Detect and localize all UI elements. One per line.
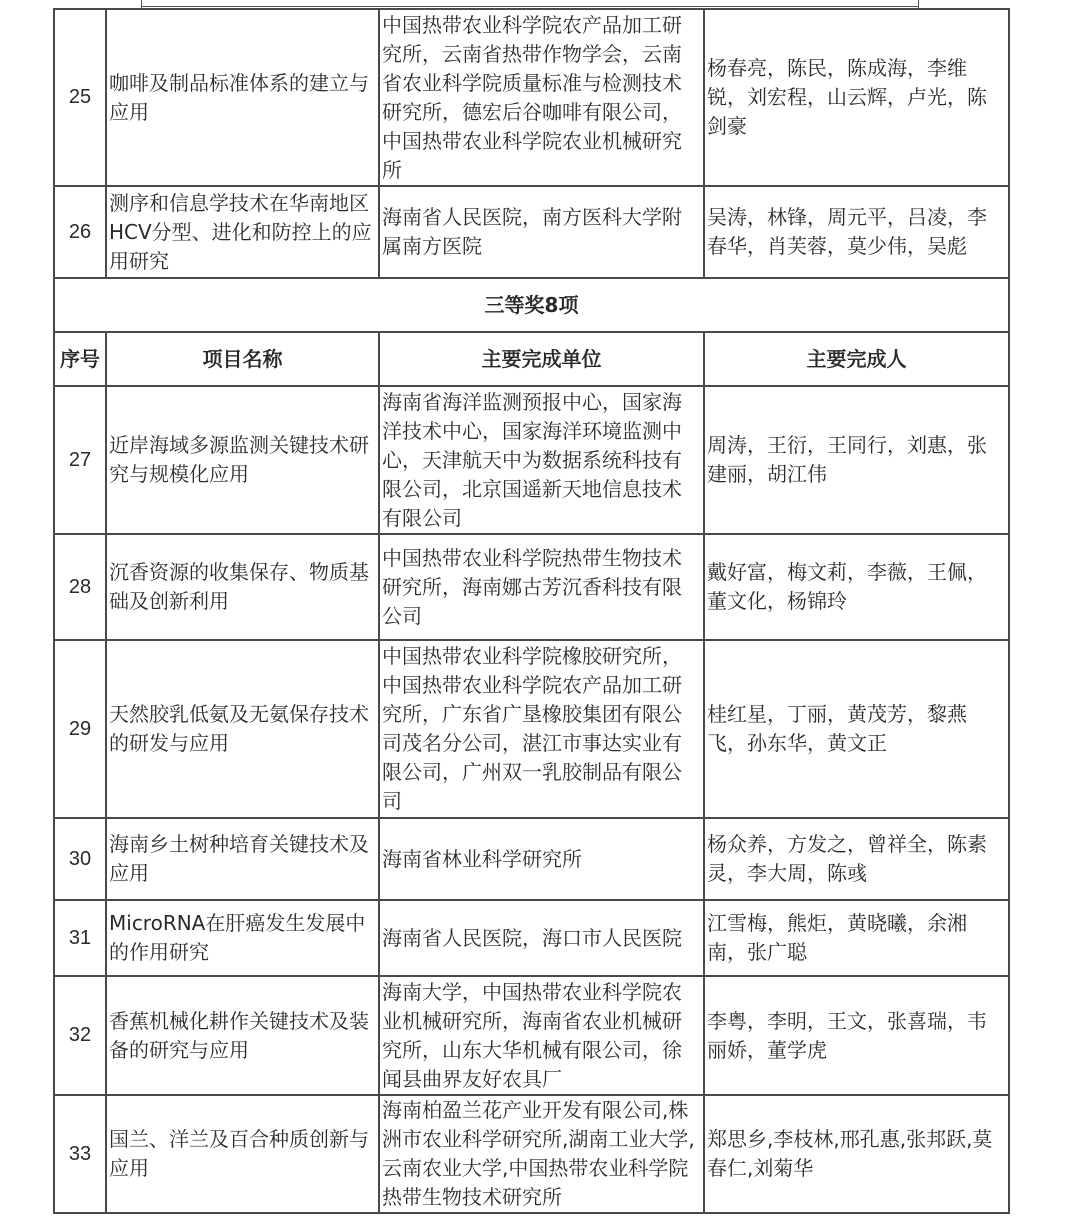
table-row: 29 天然胶乳低氨及无氨保存技术的研发与应用 中国热带农业科学院橡胶研究所，中国… <box>54 640 1009 818</box>
table-row: 32 香蕉机械化耕作关键技术及装备的研究与应用 海南大学，中国热带农业科学院农业… <box>54 976 1009 1095</box>
completing-units: 海南省人民医院，海口市人民医院 <box>379 900 704 976</box>
completing-people: 江雪梅，熊炬，黄晓曦，余湘南，张广聪 <box>704 900 1009 976</box>
project-name: 咖啡及制品标准体系的建立与应用 <box>106 9 379 186</box>
completing-units: 海南大学，中国热带农业科学院农业机械研究所，海南省农业机械研究所，山东大华机械有… <box>379 976 704 1095</box>
table-row: 27 近岸海域多源监测关键技术研究与规模化应用 海南省海洋监测预报中心，国家海洋… <box>54 386 1009 534</box>
project-name: 香蕉机械化耕作关键技术及装备的研究与应用 <box>106 976 379 1095</box>
completing-people: 周涛，王衍，王同行，刘惠，张建丽，胡江伟 <box>704 386 1009 534</box>
header-row: 序号 项目名称 主要完成单位 主要完成人 <box>54 332 1009 386</box>
previous-page-edge <box>0 0 1080 8</box>
completing-people: 戴好富，梅文莉，李薇，王佩，董文化，杨锦玲 <box>704 534 1009 640</box>
row-number: 27 <box>54 386 106 534</box>
completing-people: 桂红星，丁丽，黄茂芳，黎燕飞，孙东华，黄文正 <box>704 640 1009 818</box>
completing-people: 吴涛，林锋，周元平，吕凌，李春华，肖芙蓉，莫少伟，吴彪 <box>704 186 1009 278</box>
completing-units: 中国热带农业科学院农产品加工研究所，云南省热带作物学会，云南省农业科学院质量标准… <box>379 9 704 186</box>
row-number: 30 <box>54 818 106 900</box>
table-row: 25 咖啡及制品标准体系的建立与应用 中国热带农业科学院农产品加工研究所，云南省… <box>54 9 1009 186</box>
completing-units: 海南柏盈兰花产业开发有限公司,株洲市农业科学研究所,湖南工业大学,云南农业大学,… <box>379 1095 704 1213</box>
row-number: 26 <box>54 186 106 278</box>
table-row: 30 海南乡土树种培育关键技术及应用 海南省林业科学研究所 杨众养，方发之，曾祥… <box>54 818 1009 900</box>
table-row: 33 国兰、洋兰及百合种质创新与应用 海南柏盈兰花产业开发有限公司,株洲市农业科… <box>54 1095 1009 1213</box>
completing-people: 杨众养，方发之，曾祥全，陈素灵，李大周，陈彧 <box>704 818 1009 900</box>
table-row: 26 测序和信息学技术在华南地区HCV分型、进化和防控上的应用研究 海南省人民医… <box>54 186 1009 278</box>
row-number: 28 <box>54 534 106 640</box>
divider <box>141 6 919 7</box>
project-name: MicroRNA在肝癌发生发展中的作用研究 <box>106 900 379 976</box>
project-name: 近岸海域多源监测关键技术研究与规模化应用 <box>106 386 379 534</box>
completing-people: 李粤，李明，王文，张喜瑞，韦丽娇，董学虎 <box>704 976 1009 1095</box>
section-title: 三等奖8项 <box>54 278 1009 332</box>
completing-people: 杨春亮，陈民，陈成海，李维锐，刘宏程，山云辉，卢光，陈剑豪 <box>704 9 1009 186</box>
column-header-number: 序号 <box>54 332 106 386</box>
column-header-project: 项目名称 <box>106 332 379 386</box>
row-number: 32 <box>54 976 106 1095</box>
project-name: 测序和信息学技术在华南地区HCV分型、进化和防控上的应用研究 <box>106 186 379 278</box>
section-row: 三等奖8项 <box>54 278 1009 332</box>
project-name: 海南乡土树种培育关键技术及应用 <box>106 818 379 900</box>
completing-units: 海南省人民医院，南方医科大学附属南方医院 <box>379 186 704 278</box>
completing-people: 郑思乡,李枝林,邢孔惠,张邦跃,莫春仁,刘菊华 <box>704 1095 1009 1213</box>
completing-units: 海南省林业科学研究所 <box>379 818 704 900</box>
row-number: 31 <box>54 900 106 976</box>
column-header-people: 主要完成人 <box>704 332 1009 386</box>
row-number: 33 <box>54 1095 106 1213</box>
project-name: 天然胶乳低氨及无氨保存技术的研发与应用 <box>106 640 379 818</box>
row-number: 25 <box>54 9 106 186</box>
completing-units: 中国热带农业科学院橡胶研究所，中国热带农业科学院农产品加工研究所，广东省广垦橡胶… <box>379 640 704 818</box>
project-name: 沉香资源的收集保存、物质基础及创新利用 <box>106 534 379 640</box>
awards-table: 25 咖啡及制品标准体系的建立与应用 中国热带农业科学院农产品加工研究所，云南省… <box>53 8 1010 1214</box>
project-name: 国兰、洋兰及百合种质创新与应用 <box>106 1095 379 1213</box>
completing-units: 中国热带农业科学院热带生物技术研究所，海南娜古芳沉香科技有限公司 <box>379 534 704 640</box>
completing-units: 海南省海洋监测预报中心，国家海洋技术中心，国家海洋环境监测中心，天津航天中为数据… <box>379 386 704 534</box>
table-row: 28 沉香资源的收集保存、物质基础及创新利用 中国热带农业科学院热带生物技术研究… <box>54 534 1009 640</box>
table-row: 31 MicroRNA在肝癌发生发展中的作用研究 海南省人民医院，海口市人民医院… <box>54 900 1009 976</box>
row-number: 29 <box>54 640 106 818</box>
column-header-units: 主要完成单位 <box>379 332 704 386</box>
